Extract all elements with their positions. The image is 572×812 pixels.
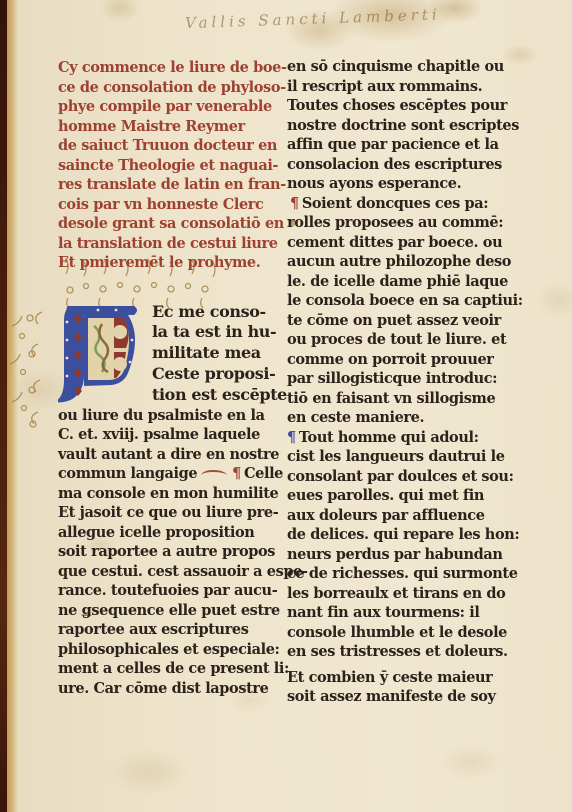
body-line: tiō en faisant vn sillogisme [287,389,513,409]
body-line: consolant par doulces et sou: [287,467,513,487]
right-paragraph-1: en sō cinquisme chapitle ou il rescript … [287,57,513,194]
rubric-line: res translate de latin en fran- [58,175,278,195]
manuscript-page: Vallis Sancti Lamberti Cy commence le li… [0,0,572,812]
body-line: Ec me conso- [152,302,287,323]
body-line-with-pilcrow: ¶Tout homme qui adoul: [287,428,513,448]
right-paragraph-2: ¶Soient doncques ces pa: rolles proposee… [287,194,513,428]
rubric-incipit: Cy commence le liure de boe- ce de conso… [58,58,278,273]
body-line: cement dittes par boece. ou [287,233,513,253]
body-line: en ses tristresses et doleurs. [287,642,513,662]
page-gutter [7,0,18,812]
body-line: ment a celles de ce present li: [58,659,278,679]
body-line: ce de richesses. qui surmonte [287,564,513,584]
body-line: philosophicales et especiale: [58,640,278,660]
rubric-line: de saiuct Truuon docteur en [58,136,278,156]
pilcrow-mark: ¶ [287,195,302,212]
body-line: raportee aux escriptures [58,620,278,640]
handwritten-inscription: Vallis Sancti Lamberti [185,6,425,32]
body-line: soit assez manifeste de soy [287,687,513,707]
rubric-line: phye compile par venerable [58,97,278,117]
rubric-line: Cy commence le liure de boe- [58,58,278,78]
pilcrow-mark: ¶ [229,465,244,482]
body-line: te cōme on puet assez veoir [287,311,513,331]
body-line: nous ayons esperance. [287,174,513,194]
body-line: la ta est in hu- [152,322,287,343]
body-line: consolacion des escriptures [287,155,513,175]
body-line: vault autant a dire en nostre [58,445,278,465]
rubric-line: saincte Theologie et naguai- [58,156,278,176]
body-line: aucun autre philozophe deso [287,252,513,272]
rubric-line: ce de consolation de phyloso- [58,78,278,98]
body-line: nant fin aux tourmens: il [287,603,513,623]
body-line: nostre doctrine sont escriptes [287,116,513,136]
rubric-line: Et pmieremēt le prohyme. [58,253,278,273]
body-line: comme on porroit prouuer [287,350,513,370]
body-line: les borreaulx et tirans en do [287,584,513,604]
body-line: allegue icelle proposition [58,523,278,543]
body-line: Et jasoit ce que ou liure pre- [58,503,278,523]
body-line: Et combien ȳ ceste maieur [287,668,513,688]
body-line: le consola boece en sa captiui: [287,291,513,311]
right-text-column: en sō cinquisme chapitle ou il rescript … [287,57,513,707]
body-line: C. et. xviij. psalme laquele [58,425,278,445]
body-line: soit raportee a autre propos [58,542,278,562]
illuminated-initial-H [58,300,144,406]
body-line: il rescript aux rommains. [287,77,513,97]
pilcrow-mark-blue: ¶ [287,429,299,446]
body-line: Toutes choses escēptes pour [287,96,513,116]
body-line: rance. toutefuoies par aucu- [58,581,278,601]
body-line: eues parolles. qui met fin [287,486,513,506]
body-line: ne ǥsequence elle puet estre [58,601,278,621]
initial-wrapped-text: Ec me conso- la ta est in hu- militate m… [152,300,287,406]
body-line: ma console en mon humilite [58,484,278,504]
left-text-column: Cy commence le liure de boe- ce de conso… [58,58,278,698]
left-body-text: ou liure du psalmiste en la C. et. xviij… [58,406,278,699]
body-line: en ceste maniere. [287,408,513,428]
body-line: que cestui. cest assauoir a espe- [58,562,278,582]
book-binding-edge [0,0,7,812]
body-line: tion est escēpte [152,385,287,406]
body-line: neurs perdus par habundan [287,545,513,565]
red-line-filler [201,470,227,476]
right-paragraph-3: ¶Tout homme qui adoul: cist les langueur… [287,428,513,662]
body-line: ou proces de tout le liure. et [287,330,513,350]
right-paragraph-4: Et combien ȳ ceste maieur soit assez man… [287,668,513,707]
body-line: Ceste proposi- [152,364,287,385]
body-line: le. de icelle dame phiē laque [287,272,513,292]
body-line: affin que par pacience et la [287,135,513,155]
body-line: cist les langueurs dautrui le [287,447,513,467]
body-line: par sillogisticque introduc: [287,369,513,389]
body-line: rolles proposees au commē: [287,213,513,233]
body-line-with-pilcrow: commun langaige¶Celle [58,464,278,484]
rubric-line: homme Maistre Reymer [58,117,278,137]
illuminated-initial-block: Ec me conso- la ta est in hu- militate m… [58,300,278,406]
body-line: en sō cinquisme chapitle ou [287,57,513,77]
rubric-line: desole grant sa consolatiō en ▪ [58,214,278,234]
body-line-with-pilcrow: ¶Soient doncques ces pa: [287,194,513,214]
body-line: console lhumble et le desole [287,623,513,643]
body-line: ure. Car cōme dist lapostre [58,679,278,699]
body-line: ou liure du psalmiste en la [58,406,278,426]
rubric-line: la translation de cestui liure [58,234,278,254]
rubric-line: cois par vn honneste Clerc [58,195,278,215]
body-line: militate mea [152,343,287,364]
body-line: de delices. qui repare les hon: [287,525,513,545]
body-line: aux doleurs par affluence [287,506,513,526]
